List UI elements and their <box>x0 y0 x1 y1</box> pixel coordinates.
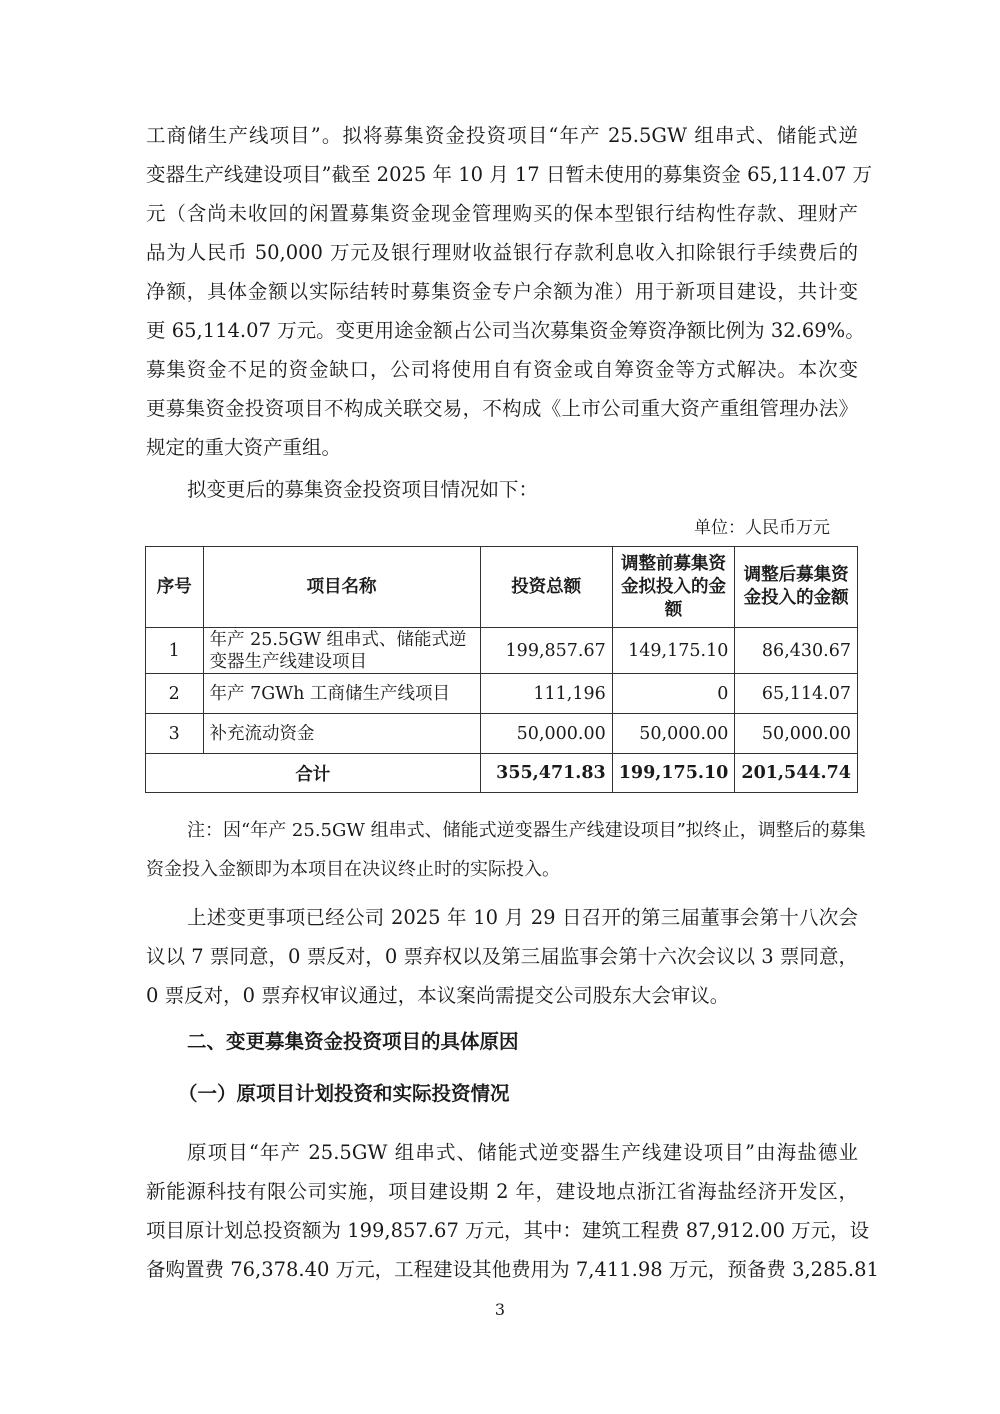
cell-index: 1 <box>146 628 204 674</box>
text-line: 更募集资金投资项目不构成关联交易，不构成《上市公司重大资产重组管理办法》 <box>146 397 858 421</box>
text-line: 新能源科技有限公司实施，项目建设期 2 年，建设地点浙江省海盐经济开发区， <box>146 1180 858 1204</box>
text-line: 0 票反对，0 票弃权审议通过，本议案尚需提交公司股东大会审议。 <box>146 984 858 1008</box>
total-before: 199,175.10 <box>612 754 735 793</box>
text-line: 品为人民币 50,000 万元及银行理财收益银行存款利息收入扣除银行手续费后的 <box>146 241 858 265</box>
total-after: 201,544.74 <box>735 754 858 793</box>
text-line: 项目原计划总投资额为 199,857.67 万元，其中：建筑工程费 87,912… <box>146 1219 858 1243</box>
cell-name: 年产 25.5GW 组串式、储能式逆变器生产线建设项目 <box>203 628 480 674</box>
cell-after: 65,114.07 <box>735 674 858 714</box>
header-name: 项目名称 <box>203 547 480 628</box>
cell-total: 111,196 <box>480 674 612 714</box>
cell-total: 50,000.00 <box>480 714 612 754</box>
header-index: 序号 <box>146 547 204 628</box>
cell-before: 50,000.00 <box>612 714 735 754</box>
header-after: 调整后募集资金投入的金额 <box>735 547 858 628</box>
page-number: 3 <box>0 1300 1000 1319</box>
text-line: 更 65,114.07 万元。变更用途金额占公司当次募集资金筹资净额比例为 32… <box>146 319 858 343</box>
cell-before: 149,175.10 <box>612 628 735 674</box>
header-total: 投资总额 <box>480 547 612 628</box>
cell-before: 0 <box>612 674 735 714</box>
text-line: 备购置费 76,378.40 万元，工程建设其他费用为 7,411.98 万元，… <box>146 1258 858 1282</box>
header-before: 调整前募集资金拟投入的金额 <box>612 547 735 628</box>
unit-label: 单位：人民币万元 <box>694 513 830 538</box>
investment-table: 序号 项目名称 投资总额 调整前募集资金拟投入的金额 调整后募集资金投入的金额 … <box>145 546 858 793</box>
subsection-heading: （一）原项目计划投资和实际投资情况 <box>178 1082 890 1106</box>
cell-name: 补充流动资金 <box>203 714 480 754</box>
text-line: 工商储生产线项目”。拟将募集资金投资项目“年产 25.5GW 组串式、储能式逆 <box>146 124 858 148</box>
cell-after: 50,000.00 <box>735 714 858 754</box>
table-row: 1 年产 25.5GW 组串式、储能式逆变器生产线建设项目 199,857.67… <box>146 628 858 674</box>
cell-name: 年产 7GWh 工商储生产线项目 <box>203 674 480 714</box>
cell-index: 2 <box>146 674 204 714</box>
text-line: 议以 7 票同意，0 票反对，0 票弃权以及第三届监事会第十六次会议以 3 票同… <box>146 945 858 969</box>
section-heading: 二、变更募集资金投资项目的具体原因 <box>187 1030 858 1054</box>
table-header-row: 序号 项目名称 投资总额 调整前募集资金拟投入的金额 调整后募集资金投入的金额 <box>146 547 858 628</box>
table-intro: 拟变更后的募集资金投资项目情况如下： <box>187 478 858 502</box>
table-row: 2 年产 7GWh 工商储生产线项目 111,196 0 65,114.07 <box>146 674 858 714</box>
cell-total: 199,857.67 <box>480 628 612 674</box>
text-line: 募集资金不足的资金缺口，公司将使用自有资金或自筹资金等方式解决。本次变 <box>146 358 858 382</box>
table-row: 3 补充流动资金 50,000.00 50,000.00 50,000.00 <box>146 714 858 754</box>
cell-after: 86,430.67 <box>735 628 858 674</box>
text-line: 净额，具体金额以实际结转时募集资金专户余额为准）用于新项目建设，共计变 <box>146 280 858 304</box>
text-line: 元（含尚未收回的闲置募集资金现金管理购买的保本型银行结构性存款、理财产 <box>146 202 858 226</box>
text-line: 规定的重大资产重组。 <box>146 436 858 460</box>
text-line: 上述变更事项已经公司 2025 年 10 月 29 日召开的第三届董事会第十八次… <box>187 906 858 930</box>
table-note-line: 资金投入金额即为本项目在决议终止时的实际投入。 <box>146 855 560 881</box>
total-label: 合计 <box>146 754 481 793</box>
text-line: 变器生产线建设项目”截至 2025 年 10 月 17 日暂未使用的募集资金 6… <box>146 163 858 187</box>
total-total: 355,471.83 <box>480 754 612 793</box>
table-note-line: 注：因“年产 25.5GW 组串式、储能式逆变器生产线建设项目”拟终止，调整后的… <box>187 816 866 842</box>
table-total-row: 合计 355,471.83 199,175.10 201,544.74 <box>146 754 858 793</box>
cell-index: 3 <box>146 714 204 754</box>
text-line: 原项目“年产 25.5GW 组串式、储能式逆变器生产线建设项目”由海盐德业 <box>187 1141 858 1165</box>
